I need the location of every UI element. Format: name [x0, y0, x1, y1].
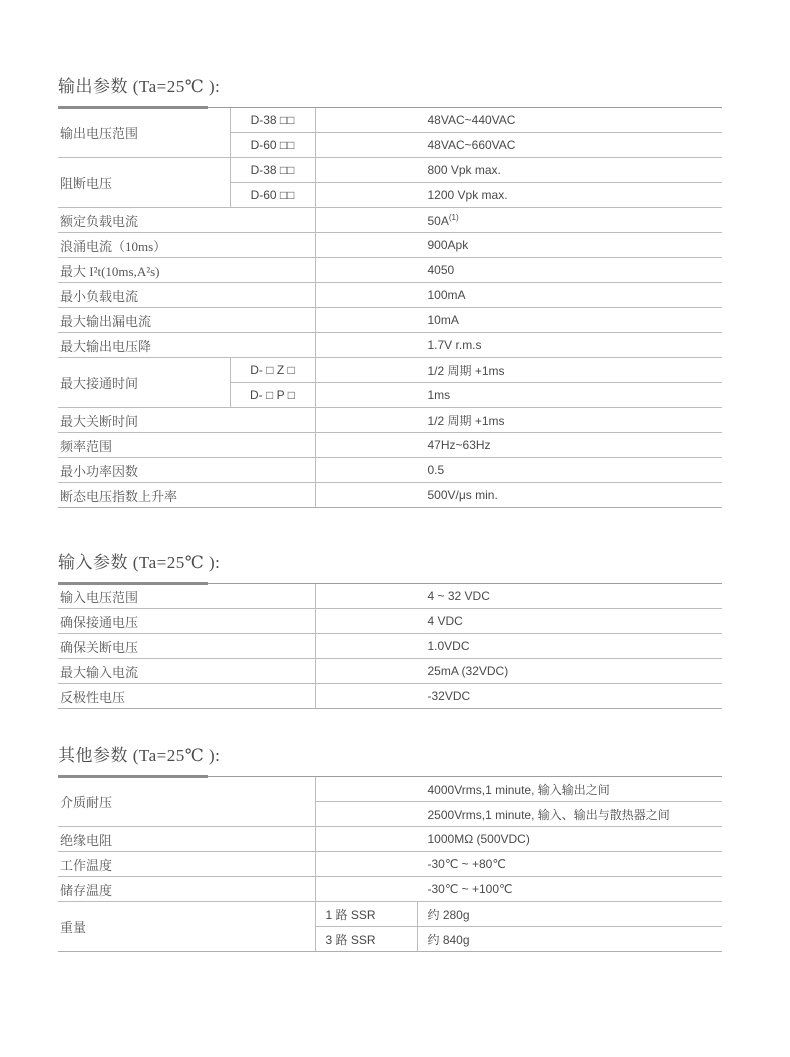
spec-value: 1.0VDC: [315, 634, 722, 659]
spec-label: 输出电压范围: [58, 108, 230, 158]
spec-label: 反极性电压: [58, 684, 315, 709]
table-row: 确保接通电压 4 VDC: [58, 609, 722, 634]
spec-value: 1.7V r.m.s: [315, 333, 722, 358]
spec-label: 频率范围: [58, 433, 315, 458]
table-row: 最大接通时间 D- □ Z □ 1/2 周期 +1ms: [58, 358, 722, 383]
section-title-output: 输出参数 (Ta=25℃ ):: [58, 76, 722, 98]
spec-value: 0.5: [315, 458, 722, 483]
table-row: 最大 I²t(10ms,A²s) 4050: [58, 258, 722, 283]
output-params-table: 输出电压范围 D-38 □□ 48VAC~440VAC D-60 □□ 48VA…: [58, 107, 722, 508]
table-row: 阻断电压 D-38 □□ 800 Vpk max.: [58, 158, 722, 183]
spec-label: 最大输出电压降: [58, 333, 315, 358]
input-params-table: 输入电压范围 4 ~ 32 VDC 确保接通电压 4 VDC 确保关断电压 1.…: [58, 583, 722, 709]
spec-value-text: 50A: [428, 214, 449, 228]
spec-value: 4 ~ 32 VDC: [315, 584, 722, 609]
other-params-section: 其他参数 (Ta=25℃ ): 介质耐压 4000Vrms,1 minute, …: [58, 745, 722, 952]
spec-value: 1000MΩ (500VDC): [315, 827, 722, 852]
table-row: 输入电压范围 4 ~ 32 VDC: [58, 584, 722, 609]
spec-label: 最大输出漏电流: [58, 308, 315, 333]
table-row: 最大输出电压降 1.7V r.m.s: [58, 333, 722, 358]
table-row: 最小功率因数 0.5: [58, 458, 722, 483]
spec-value: -32VDC: [315, 684, 722, 709]
spec-value: 2500Vrms,1 minute, 输入、输出与散热器之间: [315, 802, 722, 827]
section-title-other: 其他参数 (Ta=25℃ ):: [58, 745, 722, 767]
table-row: 重量 1 路 SSR 约 280g: [58, 902, 722, 927]
spec-label: 介质耐压: [58, 777, 315, 827]
spec-label: 绝缘电阻: [58, 827, 315, 852]
table-row: 额定负载电流 50A(1): [58, 208, 722, 233]
spec-value: 约 280g: [417, 902, 722, 927]
spec-label: 额定负载电流: [58, 208, 315, 233]
spec-label: 最小功率因数: [58, 458, 315, 483]
spec-label: 最大 I²t(10ms,A²s): [58, 258, 315, 283]
model-variant: D-60 □□: [230, 183, 315, 208]
model-variant: D-38 □□: [230, 108, 315, 133]
table-row: 反极性电压 -32VDC: [58, 684, 722, 709]
table-row: 频率范围 47Hz~63Hz: [58, 433, 722, 458]
table-row: 绝缘电阻 1000MΩ (500VDC): [58, 827, 722, 852]
table-row: 最大输出漏电流 10mA: [58, 308, 722, 333]
spec-value: -30℃ ~ +80℃: [315, 852, 722, 877]
spec-label: 确保关断电压: [58, 634, 315, 659]
table-row: 最小负载电流 100mA: [58, 283, 722, 308]
spec-value: 1200 Vpk max.: [315, 183, 722, 208]
datasheet-page: 输出参数 (Ta=25℃ ): 输出电压范围 D-38 □□ 48VAC~440…: [0, 0, 790, 1057]
spec-value: 约 840g: [417, 927, 722, 952]
spec-label: 最小负载电流: [58, 283, 315, 308]
spec-value: 50A(1): [315, 208, 722, 233]
spec-value: 25mA (32VDC): [315, 659, 722, 684]
spec-label: 最大关断时间: [58, 408, 315, 433]
title-accent-bar: [58, 106, 208, 109]
spec-label: 储存温度: [58, 877, 315, 902]
table-row: 工作温度 -30℃ ~ +80℃: [58, 852, 722, 877]
spec-value: 500V/μs min.: [315, 483, 722, 508]
model-variant: D- □ P □: [230, 383, 315, 408]
spec-value: 4050: [315, 258, 722, 283]
ssr-type: 1 路 SSR: [315, 902, 417, 927]
model-variant: D- □ Z □: [230, 358, 315, 383]
spec-label: 确保接通电压: [58, 609, 315, 634]
spec-value: 48VAC~660VAC: [315, 133, 722, 158]
spec-label: 最大输入电流: [58, 659, 315, 684]
section-title-input: 输入参数 (Ta=25℃ ):: [58, 552, 722, 574]
spec-label: 工作温度: [58, 852, 315, 877]
table-row: 最大关断时间 1/2 周期 +1ms: [58, 408, 722, 433]
title-accent-bar: [58, 582, 208, 585]
table-row: 确保关断电压 1.0VDC: [58, 634, 722, 659]
spec-value: 100mA: [315, 283, 722, 308]
spec-label: 浪涌电流（10ms）: [58, 233, 315, 258]
spec-value: -30℃ ~ +100℃: [315, 877, 722, 902]
input-params-section: 输入参数 (Ta=25℃ ): 输入电压范围 4 ~ 32 VDC 确保接通电压…: [58, 552, 722, 709]
spec-value: 48VAC~440VAC: [315, 108, 722, 133]
table-row: 最大输入电流 25mA (32VDC): [58, 659, 722, 684]
page-content: 输出参数 (Ta=25℃ ): 输出电压范围 D-38 □□ 48VAC~440…: [58, 0, 722, 952]
table-row: 介质耐压 4000Vrms,1 minute, 输入输出之间: [58, 777, 722, 802]
title-accent-bar: [58, 775, 208, 778]
spec-label: 重量: [58, 902, 315, 952]
model-variant: D-60 □□: [230, 133, 315, 158]
spec-value: 47Hz~63Hz: [315, 433, 722, 458]
table-row: 浪涌电流（10ms） 900Apk: [58, 233, 722, 258]
spec-value: 4 VDC: [315, 609, 722, 634]
spec-label: 最大接通时间: [58, 358, 230, 408]
spec-label: 输入电压范围: [58, 584, 315, 609]
spec-value: 900Apk: [315, 233, 722, 258]
table-row: 断态电压指数上升率 500V/μs min.: [58, 483, 722, 508]
model-variant: D-38 □□: [230, 158, 315, 183]
output-params-section: 输出参数 (Ta=25℃ ): 输出电压范围 D-38 □□ 48VAC~440…: [58, 76, 722, 508]
spec-value: 1ms: [315, 383, 722, 408]
footnote-marker: (1): [449, 213, 459, 222]
spec-value: 1/2 周期 +1ms: [315, 408, 722, 433]
ssr-type: 3 路 SSR: [315, 927, 417, 952]
other-params-table: 介质耐压 4000Vrms,1 minute, 输入输出之间 2500Vrms,…: [58, 776, 722, 952]
spec-value: 4000Vrms,1 minute, 输入输出之间: [315, 777, 722, 802]
spec-label: 阻断电压: [58, 158, 230, 208]
spec-value: 1/2 周期 +1ms: [315, 358, 722, 383]
table-row: 储存温度 -30℃ ~ +100℃: [58, 877, 722, 902]
table-row: 输出电压范围 D-38 □□ 48VAC~440VAC: [58, 108, 722, 133]
spec-value: 10mA: [315, 308, 722, 333]
spec-value: 800 Vpk max.: [315, 158, 722, 183]
spec-label: 断态电压指数上升率: [58, 483, 315, 508]
